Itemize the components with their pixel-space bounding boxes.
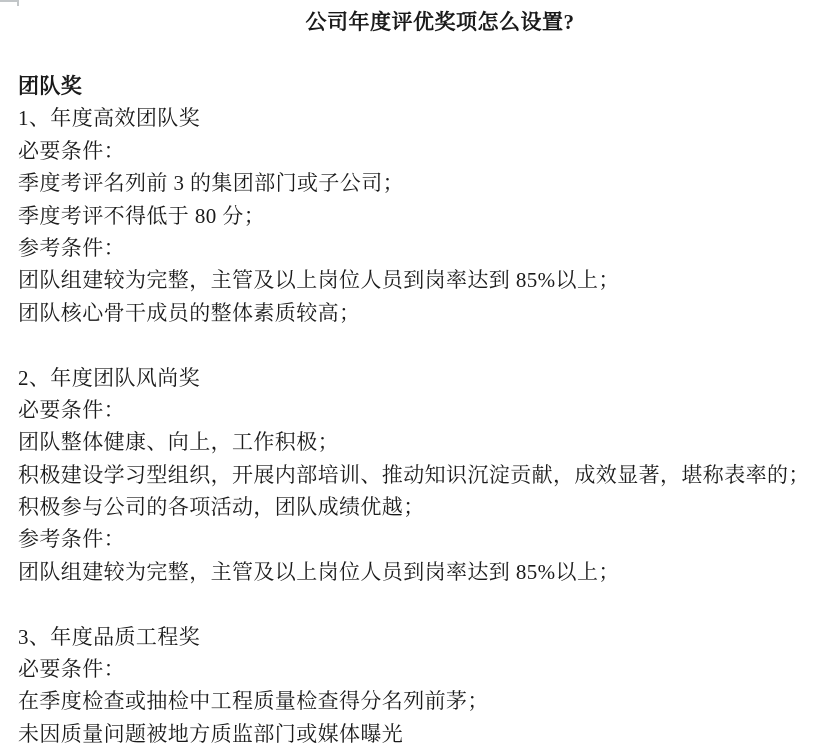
award-3-required-item: 未因质量问题被地方质监部门或媒体曝光 bbox=[18, 718, 836, 750]
award-2-name: 2、年度团队风尚奖 bbox=[18, 362, 836, 394]
award-1-name: 1、年度高效团队奖 bbox=[18, 102, 836, 134]
award-2-required-item: 积极建设学习型组织，开展内部培训、推动知识沉淀贡献，成效显著，堪称表率的； bbox=[18, 459, 836, 491]
page-corner-artifact bbox=[0, 0, 19, 6]
document-title: 公司年度评优奖项怎么设置? bbox=[22, 6, 836, 38]
award-1-required-item: 季度考评名列前 3 的集团部门或子公司； bbox=[18, 167, 836, 199]
award-1-required-item: 季度考评不得低于 80 分； bbox=[18, 200, 836, 232]
award-1-required-label: 必要条件： bbox=[18, 135, 836, 167]
award-1-reference-item: 团队组建较为完整，主管及以上岗位人员到岗率达到 85%以上； bbox=[18, 264, 836, 296]
award-2-reference-label: 参考条件： bbox=[18, 523, 836, 555]
title-body-gap bbox=[0, 38, 836, 70]
award-3-name: 3、年度品质工程奖 bbox=[18, 621, 836, 653]
award-3-required-item: 在季度检查或抽检中工程质量检查得分名列前茅； bbox=[18, 685, 836, 717]
award-2-reference-item: 团队组建较为完整，主管及以上岗位人员到岗率达到 85%以上； bbox=[18, 556, 836, 588]
award-2-required-item: 团队整体健康、向上，工作积极； bbox=[18, 426, 836, 458]
award-1-reference-label: 参考条件： bbox=[18, 232, 836, 264]
section-heading: 团队奖 bbox=[18, 70, 836, 102]
blank-line bbox=[18, 329, 836, 361]
award-2-required-label: 必要条件： bbox=[18, 394, 836, 426]
award-3-required-label: 必要条件： bbox=[18, 653, 836, 685]
document: 公司年度评优奖项怎么设置? 团队奖 1、年度高效团队奖 必要条件： 季度考评名列… bbox=[0, 0, 836, 750]
blank-line bbox=[18, 588, 836, 620]
award-2-required-item: 积极参与公司的各项活动，团队成绩优越； bbox=[18, 491, 836, 523]
award-1-reference-item: 团队核心骨干成员的整体素质较高； bbox=[18, 297, 836, 329]
